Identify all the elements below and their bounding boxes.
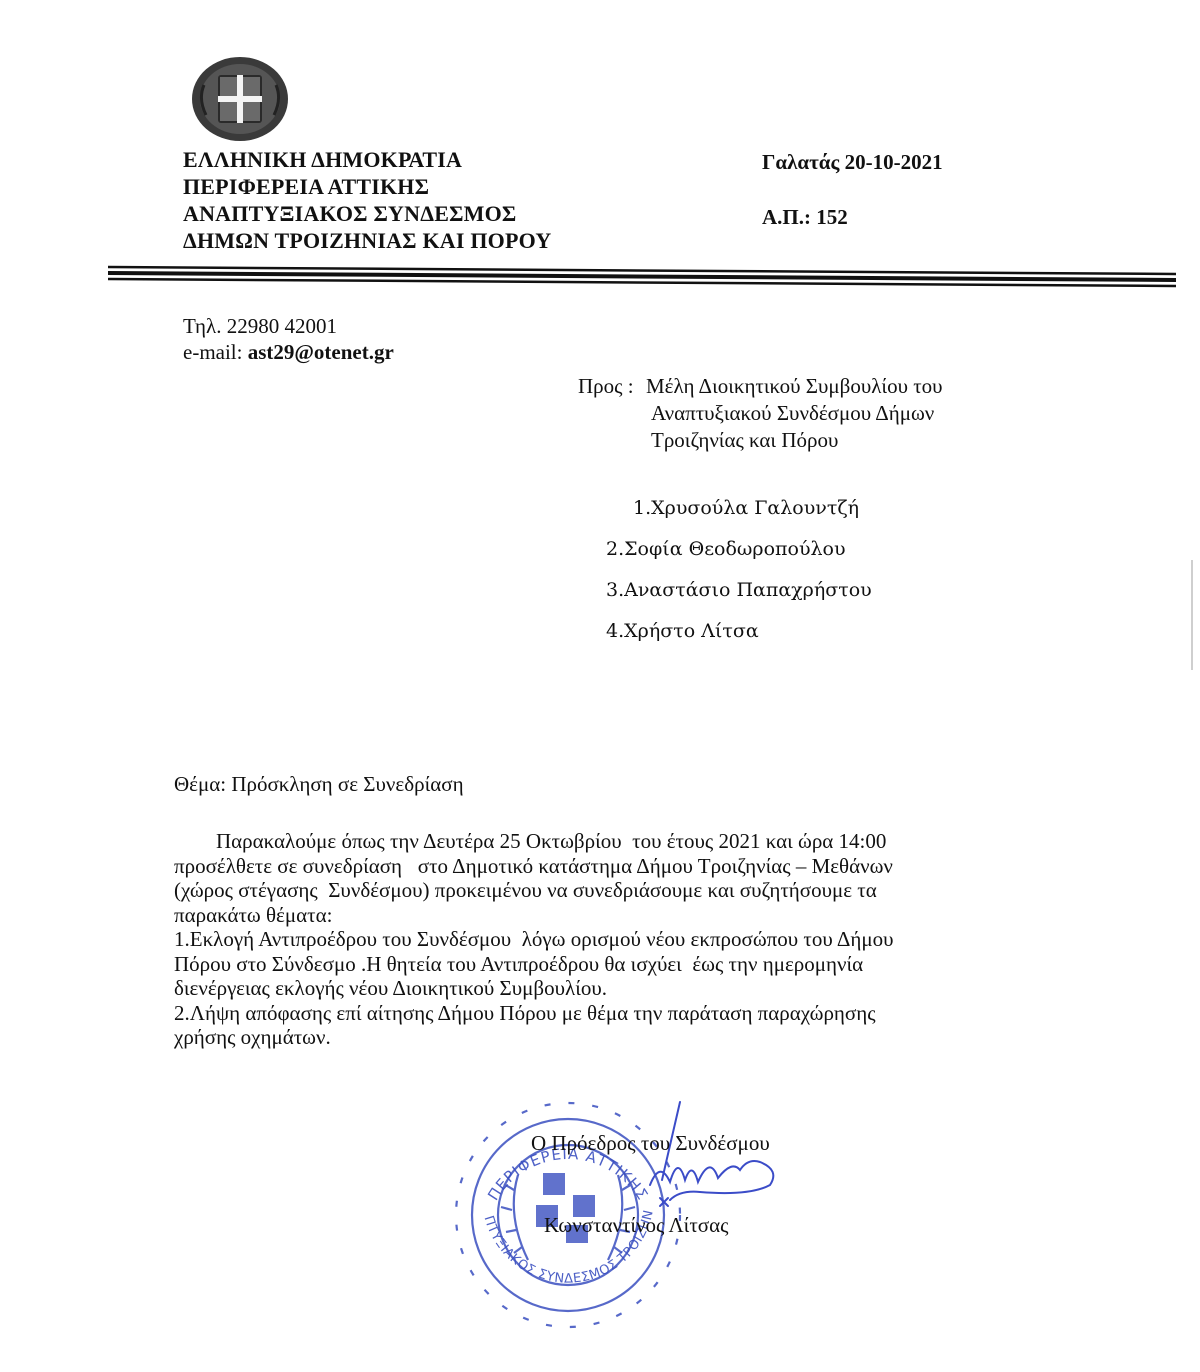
- member-item: 2.Σοφία Θεοδωροπούλου: [606, 538, 846, 560]
- protocol-value: 152: [816, 205, 848, 229]
- org-line: ΔΗΜΩΝ ΤΡΟΙΖΗΝΙΑΣ ΚΑΙ ΠΟΡΟΥ: [183, 227, 551, 254]
- phone-label: Τηλ.: [183, 314, 221, 338]
- recipient-line: Τροιζηνίας και Πόρου: [651, 427, 838, 454]
- recipient-line: Αναπτυξιακού Συνδέσμου Δήμων: [651, 400, 934, 427]
- agenda-item: 1.Εκλογή Αντιπροέδρου του Συνδέσμου λόγω…: [174, 927, 1014, 952]
- org-line: ΑΝΑΠΤΥΞΙΑΚΟΣ ΣΥΝΔΕΣΜΟΣ: [183, 200, 551, 227]
- member-item: 1.Χρυσούλα Γαλουντζή: [633, 497, 859, 519]
- letter-body: Παρακαλούμε όπως την Δευτέρα 25 Οκτωβρίο…: [174, 829, 1014, 1050]
- org-line: ΠΕΡΙΦΕΡΕΙΑ ΑΤΤΙΚΗΣ: [183, 173, 551, 200]
- body-line: προσέλθετε σε συνεδρίαση στο Δημοτικό κα…: [174, 854, 1014, 879]
- recipient-label: Προς :: [578, 373, 634, 400]
- header-divider: [108, 263, 1176, 289]
- protocol-label: Α.Π.:: [762, 205, 811, 229]
- scan-artifact: [1191, 560, 1193, 670]
- contact-block: Τηλ. 22980 42001 e-mail: ast29@otenet.gr: [183, 313, 394, 365]
- organization-header: ΕΛΛΗΝΙΚΗ ΔΗΜΟΚΡΑΤΙΑ ΠΕΡΙΦΕΡΕΙΑ ΑΤΤΙΚΗΣ Α…: [183, 146, 551, 254]
- email-address[interactable]: ast29@otenet.gr: [248, 340, 394, 364]
- place-date: Γαλατάς 20-10-2021: [762, 150, 943, 175]
- email-label: e-mail:: [183, 340, 242, 364]
- member-item: 4.Χρήστο Λίτσα: [606, 620, 759, 642]
- recipient-line: Μέλη Διοικητικού Συμβουλίου του: [646, 373, 943, 400]
- email-line: e-mail: ast29@otenet.gr: [183, 339, 394, 365]
- coat-of-arms-icon: [190, 55, 290, 143]
- agenda-item: διενέργειας εκλογής νέου Διοικητικού Συμ…: [174, 976, 1014, 1001]
- phone-line: Τηλ. 22980 42001: [183, 313, 394, 339]
- body-line: παρακάτω θέματα:: [174, 903, 1014, 928]
- agenda-item: χρήσης οχημάτων.: [174, 1025, 1014, 1050]
- protocol-number: Α.Π.: 152: [762, 205, 848, 230]
- agenda-item: Πόρου στο Σύνδεσμο .Η θητεία του Αντιπρο…: [174, 952, 1014, 977]
- phone-number: 22980 42001: [227, 314, 337, 338]
- subject-line: Θέμα: Πρόσκληση σε Συνεδρίαση: [174, 772, 464, 797]
- member-item: 3.Αναστάσιο Παπαχρήστου: [606, 579, 872, 601]
- signatory-name: Κωνσταντίνος Λίτσας: [544, 1213, 728, 1238]
- agenda-item: 2.Λήψη απόφασης επί αίτησης Δήμου Πόρου …: [174, 1001, 1014, 1026]
- signatory-title: Ο Πρόεδρος του Συνδέσμου: [531, 1131, 770, 1156]
- body-line: Παρακαλούμε όπως την Δευτέρα 25 Οκτωβρίο…: [174, 829, 1014, 854]
- org-line: ΕΛΛΗΝΙΚΗ ΔΗΜΟΚΡΑΤΙΑ: [183, 146, 551, 173]
- body-line: (χώρος στέγασης Συνδέσμου) προκειμένου ν…: [174, 878, 1014, 903]
